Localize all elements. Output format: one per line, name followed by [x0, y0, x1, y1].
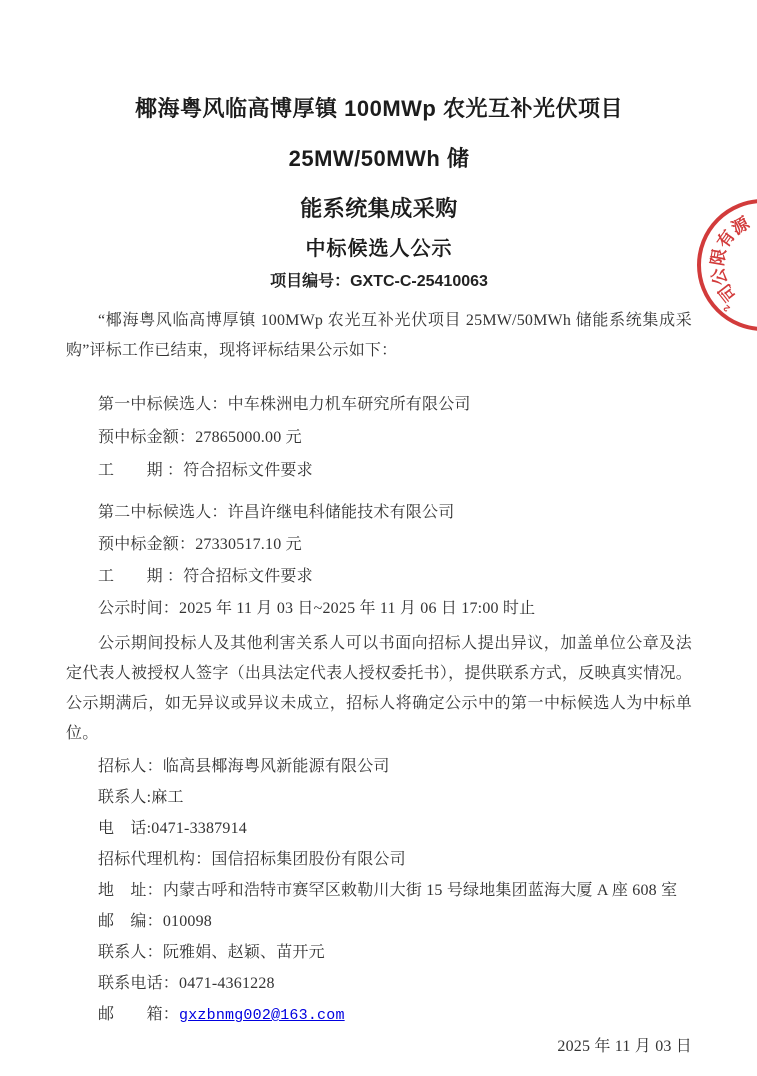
- tenderer-phone-value: 0471-3387914: [151, 820, 247, 837]
- candidate-1-amount: 27865000.00 元: [195, 429, 302, 446]
- document-content: 椰海粤风临高博厚镇 100MWp 农光互补光伏项目 25MW/50MWh 储 能…: [0, 0, 757, 1059]
- candidate-1-period-label: 工 期 ：: [98, 462, 183, 479]
- document-title-line1: 椰海粤风临高博厚镇 100MWp 农光互补光伏项目 25MW/50MWh 储: [66, 84, 692, 184]
- agency-contact-label: 联系人：: [98, 944, 163, 961]
- candidate-1-name: 中车株洲电力机车研究所有限公司: [228, 396, 471, 413]
- tenderer-line: 招标人：临高县椰海粤风新能源有限公司: [66, 751, 692, 782]
- document-title-line2: 能系统集成采购: [66, 184, 692, 234]
- tenderer-phone-label: 电 话:: [98, 820, 151, 837]
- candidate-1-period-line: 工 期 ：符合招标文件要求: [66, 454, 692, 487]
- candidate-1-amount-line: 预中标金额：27865000.00 元: [66, 421, 692, 454]
- tenderer-contact-line: 联系人:麻工: [66, 782, 692, 813]
- agency-phone-value: 0471-4361228: [179, 975, 275, 992]
- tenderer-contact-label: 联系人:: [98, 789, 151, 806]
- postcode-label: 邮 编：: [98, 913, 163, 930]
- agency-address-value: 内蒙古呼和浩特市赛罕区敕勒川大街 15 号绿地集团蓝海大厦 A 座 608 室: [163, 882, 677, 899]
- candidate-2-amount: 27330517.10 元: [195, 536, 302, 553]
- publicity-time-value: 2025 年 11 月 03 日~2025 年 11 月 06 日 17:00 …: [179, 600, 535, 617]
- candidate-2-name: 许昌许继电科储能技术有限公司: [228, 504, 455, 521]
- tenderer-phone-line: 电 话:0471-3387914: [66, 813, 692, 844]
- candidate-2-block: 第二中标候选人：许昌许继电科储能技术有限公司 预中标金额：27330517.10…: [66, 497, 692, 625]
- tenderer-label: 招标人：: [98, 758, 163, 775]
- candidate-2-period: 符合招标文件要求: [183, 568, 313, 585]
- postcode-line: 邮 编：010098: [66, 906, 692, 937]
- candidate-2-name-line: 第二中标候选人：许昌许继电科储能技术有限公司: [66, 497, 692, 529]
- intro-paragraph: “椰海粤风临高博厚镇 100MWp 农光互补光伏项目 25MW/50MWh 储能…: [66, 306, 692, 366]
- candidate-1-period: 符合招标文件要求: [183, 462, 313, 479]
- agency-contact-value: 阮雅娟、赵颖、苗开元: [163, 944, 325, 961]
- tenderer-value: 临高县椰海粤风新能源有限公司: [163, 758, 390, 775]
- agency-label: 招标代理机构：: [98, 851, 211, 868]
- candidate-1-amount-label: 预中标金额：: [98, 429, 195, 446]
- contact-info-block: 招标人：临高县椰海粤风新能源有限公司 联系人:麻工 电 话:0471-33879…: [66, 751, 692, 1031]
- agency-phone-line: 联系电话：0471-4361228: [66, 968, 692, 999]
- email-link[interactable]: gxzbnmg002@163.com: [179, 1007, 345, 1024]
- candidate-2-period-label: 工 期 ：: [98, 568, 183, 585]
- document-subtitle: 中标候选人公示: [66, 234, 692, 264]
- candidate-2-rank-label: 第二中标候选人：: [98, 504, 228, 521]
- candidate-2-amount-line: 预中标金额：27330517.10 元: [66, 529, 692, 561]
- objection-paragraph: 公示期间投标人及其他利害关系人可以书面向招标人提出异议，加盖单位公章及法定代表人…: [66, 629, 692, 749]
- publicity-time-label: 公示时间：: [98, 600, 179, 617]
- postcode-value: 010098: [163, 913, 212, 930]
- email-line: 邮 箱：gxzbnmg002@163.com: [66, 999, 692, 1031]
- tenderer-contact-value: 麻工: [151, 789, 183, 806]
- document-title: 椰海粤风临高博厚镇 100MWp 农光互补光伏项目 25MW/50MWh 储 能…: [66, 84, 692, 234]
- agency-line: 招标代理机构：国信招标集团股份有限公司: [66, 844, 692, 875]
- candidate-1-name-line: 第一中标候选人：中车株洲电力机车研究所有限公司: [66, 388, 692, 421]
- candidate-1-rank-label: 第一中标候选人：: [98, 396, 228, 413]
- candidate-2-amount-label: 预中标金额：: [98, 536, 195, 553]
- agency-phone-label: 联系电话：: [98, 975, 179, 992]
- project-number-line: 项目编号：GXTC-C-25410063: [66, 270, 692, 294]
- candidate-1-block: 第一中标候选人：中车株洲电力机车研究所有限公司 预中标金额：27865000.0…: [66, 388, 692, 487]
- project-number-label: 项目编号：: [270, 273, 350, 290]
- agency-address-label: 地 址：: [98, 882, 163, 899]
- agency-address-line: 地 址：内蒙古呼和浩特市赛罕区敕勒川大街 15 号绿地集团蓝海大厦 A 座 60…: [66, 875, 692, 906]
- project-number-value: GXTC-C-25410063: [350, 273, 488, 290]
- document-date: 2025 年 11 月 03 日: [66, 1035, 692, 1059]
- document-page: 源 有 限 公 司 2 椰海粤风临高博厚镇 100MWp 农光互补光伏项目 25…: [0, 0, 757, 1076]
- publicity-time-line: 公示时间：2025 年 11 月 03 日~2025 年 11 月 06 日 1…: [66, 593, 692, 625]
- email-label: 邮 箱：: [98, 1006, 179, 1023]
- agency-value: 国信招标集团股份有限公司: [211, 851, 405, 868]
- candidate-2-period-line: 工 期 ：符合招标文件要求: [66, 561, 692, 593]
- agency-contact-line: 联系人：阮雅娟、赵颖、苗开元: [66, 937, 692, 968]
